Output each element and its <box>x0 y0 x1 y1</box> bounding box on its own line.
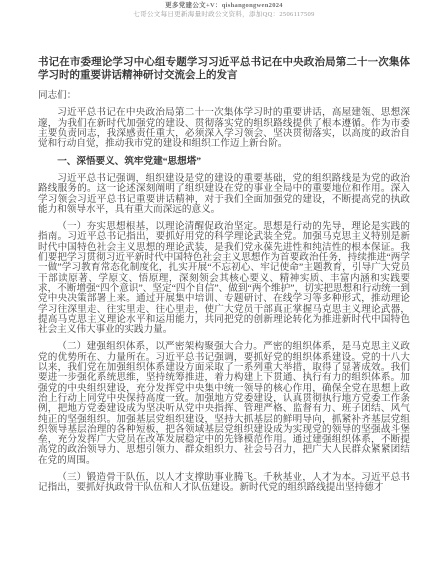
paragraph-point-2: （二）建强组织体系，以严密架构聚强大合力。严密的组织体系，是马克思主义政党的优势… <box>38 342 410 466</box>
document-title: 书记在市委理论学习中心组专题学习习近平总书记在中央政治局第二十一次集体学习时的重… <box>38 57 410 82</box>
watermark-line-1: 更多党建公文+V：qishangongwen2024 <box>0 1 448 10</box>
paragraph-intro: 习近平总书记在中央政治局第二十一次集体学习时的重要讲话，高屋建瓴、思想深邃，为我… <box>38 108 410 149</box>
paragraph-section1-overview: 习近平总书记强调，组织建设是党的建设的重要基础，党的组织路线是为党的政治路线服务… <box>38 174 410 215</box>
document-body: 书记在市委理论学习中心组专题学习习近平总书记在中央政治局第二十一次集体学习时的重… <box>0 57 448 494</box>
paragraph-point-3-truncated: （三）锻造骨干队伍，以人才支撑助事业腾飞。千秋基业，人才为本。习近平总书记指出，… <box>38 473 410 494</box>
watermark-header: 更多党建公文+V：qishangongwen2024 七哥公文每日更新海量时政公… <box>0 0 448 19</box>
document-page: 更多党建公文+V：qishangongwen2024 七哥公文每日更新海量时政公… <box>0 0 448 580</box>
watermark-line-2: 七哥公文每日更新海量时政公文资料，添加QQ：2506117509 <box>0 10 448 19</box>
salutation: 同志们： <box>38 91 410 101</box>
paragraph-point-1: （一）夯实思想根基，以理论清醒促政治坚定。思想是行动的先导，理论是实践的指南。习… <box>38 222 410 335</box>
section-heading-1: 一、深悟要义、筑牢党建“思想塔” <box>38 157 410 167</box>
